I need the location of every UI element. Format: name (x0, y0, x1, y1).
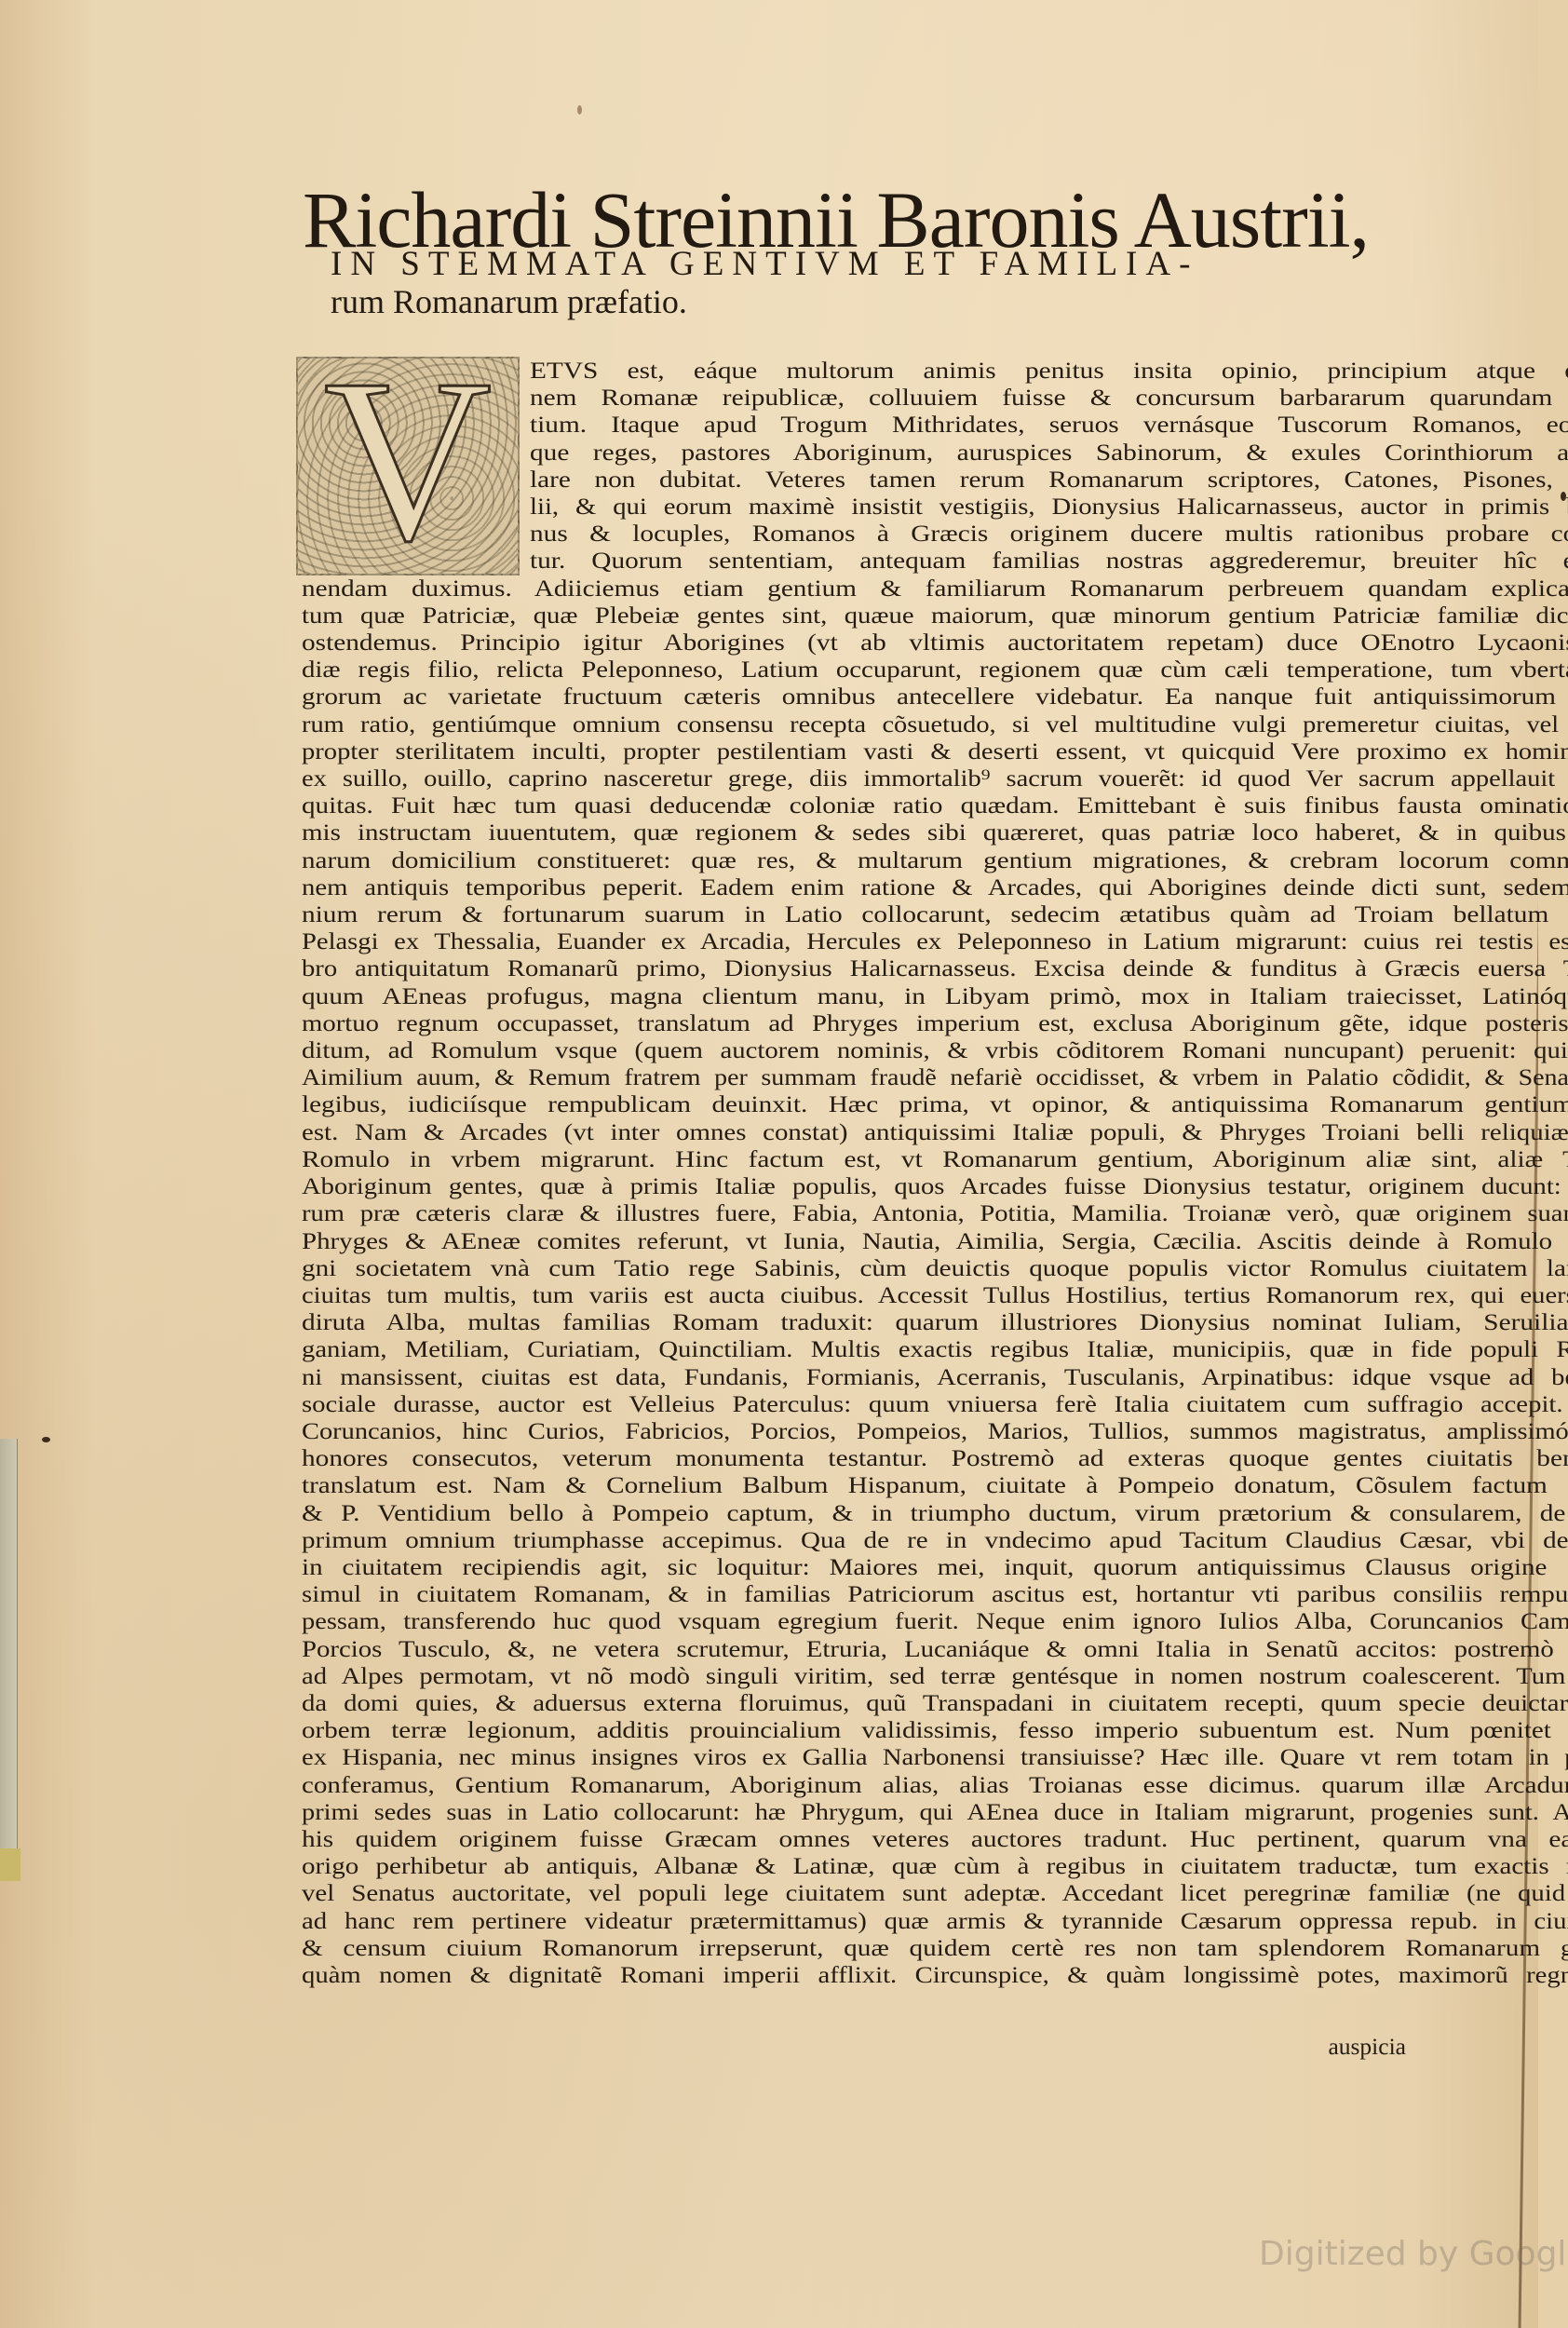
text-line: ostendemus. Principio igitur Aborigines … (302, 629, 1568, 656)
ink-spot (42, 1437, 50, 1442)
text-line: lare non dubitat. Veteres tamen rerum Ro… (267, 466, 1568, 493)
text-line: Pelasgi ex Thessalia, Euander ex Arcadia… (302, 927, 1568, 954)
text-line: nem Romanæ reipublicæ, colluuiem fuisse … (267, 384, 1568, 411)
text-line: his quidem originem fuisse Græcam omnes … (302, 1825, 1568, 1852)
text-line: ciuitas tum multis, tum variis est aucta… (302, 1281, 1568, 1308)
text-line: que reges, pastores Aboriginum, auruspic… (267, 439, 1568, 466)
text-line: ditum, ad Romulum vsque (quem auctorem n… (302, 1036, 1568, 1063)
stain-spot (577, 105, 582, 115)
text-line: & P. Ventidium bello à Pompeio captum, &… (302, 1499, 1568, 1526)
text-line: conferamus, Gentium Romanarum, Aboriginu… (302, 1771, 1568, 1798)
text-line: ETVS est, eáque multorum animis penitus … (267, 357, 1568, 384)
text-line: da domi quies, & aduersus externa florui… (302, 1689, 1568, 1716)
text-line: primi sedes suas in Latio collocarunt: h… (302, 1798, 1568, 1825)
text-line: nendam duximus. Adiiciemus etiam gentium… (302, 575, 1568, 602)
text-line: tium. Itaque apud Trogum Mithridates, se… (267, 411, 1568, 438)
text-line: tur. Quorum sententiam, antequam familia… (267, 547, 1568, 574)
text-line: primum omnium triumphasse accepimus. Qua… (302, 1526, 1568, 1553)
text-line: honores consecutos, veterum monumenta te… (302, 1444, 1568, 1471)
text-line: pessam, transferendo huc quod vsquam egr… (302, 1607, 1568, 1634)
binding-tab (0, 1848, 20, 1881)
text-line: ganiam, Metiliam, Curiatiam, Quinctiliam… (302, 1335, 1568, 1362)
text-line: legibus, iudiciísque rempublicam deuinxi… (302, 1090, 1568, 1117)
text-line: quitas. Fuit hæc tum quasi deducendæ col… (302, 792, 1568, 819)
text-line: ex suillo, ouillo, caprino nasceretur gr… (302, 765, 1568, 792)
text-line: lii, & qui eorum maximè insistit vestigi… (273, 493, 1568, 520)
text-line: diruta Alba, multas familias Romam tradu… (302, 1308, 1568, 1335)
text-line: grorum ac varietate fructuum cæteris omn… (302, 683, 1568, 710)
text-line: gni societatem vnà cum Tatio rege Sabini… (302, 1254, 1568, 1281)
text-line: ni mansissent, ciuitas est data, Fundani… (302, 1363, 1568, 1390)
text-line: nus & locuples, Romanos à Græcis origine… (267, 520, 1568, 547)
text-line: mortuo regnum occupasset, translatum ad … (302, 1009, 1568, 1036)
text-line: orbem terræ legionum, additis prouincial… (302, 1716, 1568, 1743)
text-line: Coruncanios, hinc Curios, Fabricios, Por… (302, 1417, 1568, 1444)
preface-body: ETVS est, eáque multorum animis penitus … (302, 357, 1482, 1988)
scanned-page: Richardi Streinnii Baronis Austrii, IN S… (0, 0, 1568, 2328)
text-line: nium rerum & fortunarum suarum in Latio … (302, 900, 1568, 927)
text-line: origo perhibetur ab antiquis, Albanæ & L… (302, 1852, 1568, 1879)
text-line: mis instructam iuuentutem, quæ regionem … (302, 819, 1568, 846)
text-line: rum ratio, gentiúmque omnium consensu re… (302, 711, 1568, 738)
text-line: quum AEneas profugus, magna clientum man… (302, 982, 1568, 1009)
text-line: vel Senatus auctoritate, vel populi lege… (302, 1879, 1568, 1906)
text-line: ad hanc rem pertinere videatur prætermit… (302, 1907, 1568, 1934)
text-line: sociale durasse, auctor est Velleius Pat… (302, 1390, 1568, 1417)
binding-stub (0, 1439, 18, 1848)
text-line: Aboriginum gentes, quæ à primis Italiæ p… (302, 1172, 1568, 1199)
text-line: in ciuitatem recipiendis agit, sic loqui… (302, 1553, 1568, 1580)
text-line: tum quæ Patriciæ, quæ Plebeiæ gentes sin… (302, 602, 1568, 629)
text-line: Aimilium auum, & Remum fratrem per summa… (302, 1063, 1568, 1090)
text-line: simul in ciuitatem Romanam, & in familia… (302, 1580, 1568, 1607)
text-line: diæ regis filio, relicta Peleponneso, La… (302, 656, 1568, 683)
text-line: est. Nam & Arcades (vt inter omnes const… (302, 1118, 1568, 1145)
text-line: translatum est. Nam & Cornelium Balbum H… (302, 1471, 1568, 1498)
subtitle-caps: IN STEMMATA GENTIVM ET FAMILIA- (331, 244, 1494, 284)
text-line: Romulo in vrbem migrarunt. Hinc factum e… (302, 1145, 1568, 1172)
text-line: propter sterilitatem inculti, propter pe… (302, 738, 1568, 765)
text-line: bro antiquitatum Romanarũ primo, Dionysi… (302, 954, 1568, 981)
text-line: ex Hispania, nec minus insignes viros ex… (302, 1743, 1568, 1770)
catchword: auspicia (1304, 2033, 1406, 2061)
text-line: narum domicilium constitueret: quæ res, … (302, 846, 1568, 873)
text-line: nem antiquis temporibus peperit. Eadem e… (302, 873, 1568, 900)
text-line: Porcios Tusculo, &, ne vetera scrutemur,… (302, 1635, 1568, 1662)
digitization-watermark: Digitized by Google (1259, 2235, 1568, 2273)
text-line: ad Alpes permotam, vt nõ modò singuli vi… (302, 1662, 1568, 1689)
subtitle-continuation: rum Romanarum præfatio. (331, 282, 687, 321)
text-line: Phryges & AEneæ comites referunt, vt Iun… (302, 1227, 1568, 1254)
text-line: & censum ciuium Romanorum irrepserunt, q… (302, 1934, 1568, 1961)
text-line: quàm nomen & dignitatẽ Romani imperii af… (302, 1961, 1568, 1988)
text-line: rum præ cæteris claræ & illustres fuere,… (302, 1199, 1568, 1226)
